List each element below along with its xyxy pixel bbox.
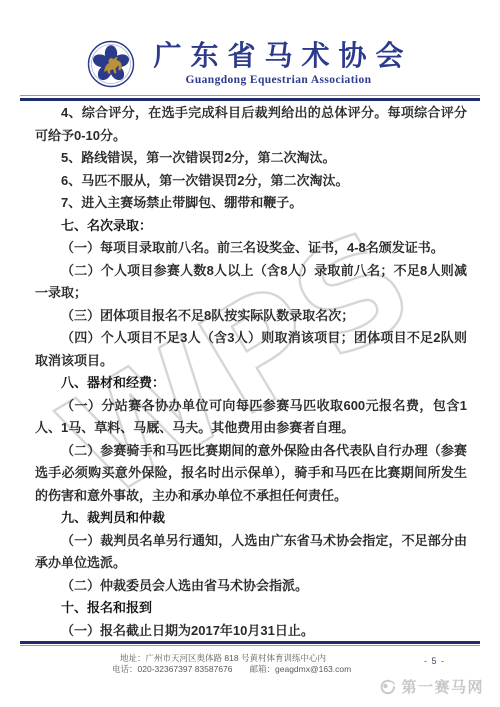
page-number: - 5 - (424, 656, 445, 666)
document-header: 广东省马术协会 Guangdong Equestrian Association (0, 40, 500, 88)
body-paragraph: 6、马匹不服从，第一次错误罚2分，第二次淘汰。 (35, 170, 467, 193)
footer-address: 地址：广州市天河区奥体路 818 号黄村体育训练中心内 (112, 653, 334, 664)
body-paragraph: （一）报名截止日期为2017年10月31日止。 (35, 620, 467, 643)
body-paragraph: （二）参赛骑手和马匹比赛期间的意外保险由各代表队自行办理（参赛选手必须购买意外保… (35, 440, 467, 508)
body-paragraph: （二）个人项目参赛人数8人以上（含8人）录取前八名；不足8人则减一录取； (35, 260, 467, 305)
brand-logo: 第一赛马网 (379, 676, 484, 697)
footer-contact: 电话：020-32367397 83587676 邮箱：geagdmx@163.… (112, 664, 334, 675)
body-paragraph: （一）每项目录取前八名。前三名设奖金、证书，4-8名颁发证书。 (35, 237, 467, 260)
body-paragraph: （二）仲裁委员会人选由省马术协会指派。 (35, 575, 467, 598)
section-heading: 八、器材和经费： (35, 372, 467, 395)
body-paragraph: （四）个人项目不足3人（含3人）则取消该项目；团体项目不足2队则取消该项目。 (35, 327, 467, 372)
document-body: 4、综合评分，在选手完成科目后裁判给出的总体评分。每项综合评分可给予0-10分。… (35, 102, 467, 642)
body-paragraph: 5、路线错误，第一次错误罚2分，第二次淘汰。 (35, 147, 467, 170)
footer-divider (20, 641, 480, 646)
body-paragraph: （一）分站赛各协办单位可向每匹参赛马匹收取600元报名费，包含1人、1马、草料、… (35, 395, 467, 440)
brand-horse-icon (379, 678, 397, 696)
section-heading: 九、裁判员和仲裁 (35, 507, 467, 530)
section-heading: 七、名次录取： (35, 215, 467, 238)
section-heading: 十、报名和报到 (35, 597, 467, 620)
body-paragraph: 4、综合评分，在选手完成科目后裁判给出的总体评分。每项综合评分可给予0-10分。 (35, 102, 467, 147)
footer-contact-block: 地址：广州市天河区奥体路 818 号黄村体育训练中心内 电话：020-32367… (112, 653, 334, 675)
org-name-chinese: 广东省马术协会 (144, 41, 412, 73)
body-paragraph: （一）裁判员名单另行通知，人选由广东省马术协会指定，不足部分由承办单位选派。 (35, 530, 467, 575)
header-titles: 广东省马术协会 Guangdong Equestrian Association (144, 41, 412, 87)
document-page: WPS 广东省马术协会 Guangdong Equestrian Associa… (0, 0, 500, 707)
org-name-english: Guangdong Equestrian Association (185, 74, 371, 87)
header-divider (20, 95, 480, 101)
association-emblem-icon (87, 40, 135, 88)
body-paragraph: （三）团体项目报名不足8队按实际队数录取名次； (35, 305, 467, 328)
brand-name: 第一赛马网 (401, 676, 484, 697)
body-paragraph: 7、进入主赛场禁止带脚包、绷带和鞭子。 (35, 192, 467, 215)
